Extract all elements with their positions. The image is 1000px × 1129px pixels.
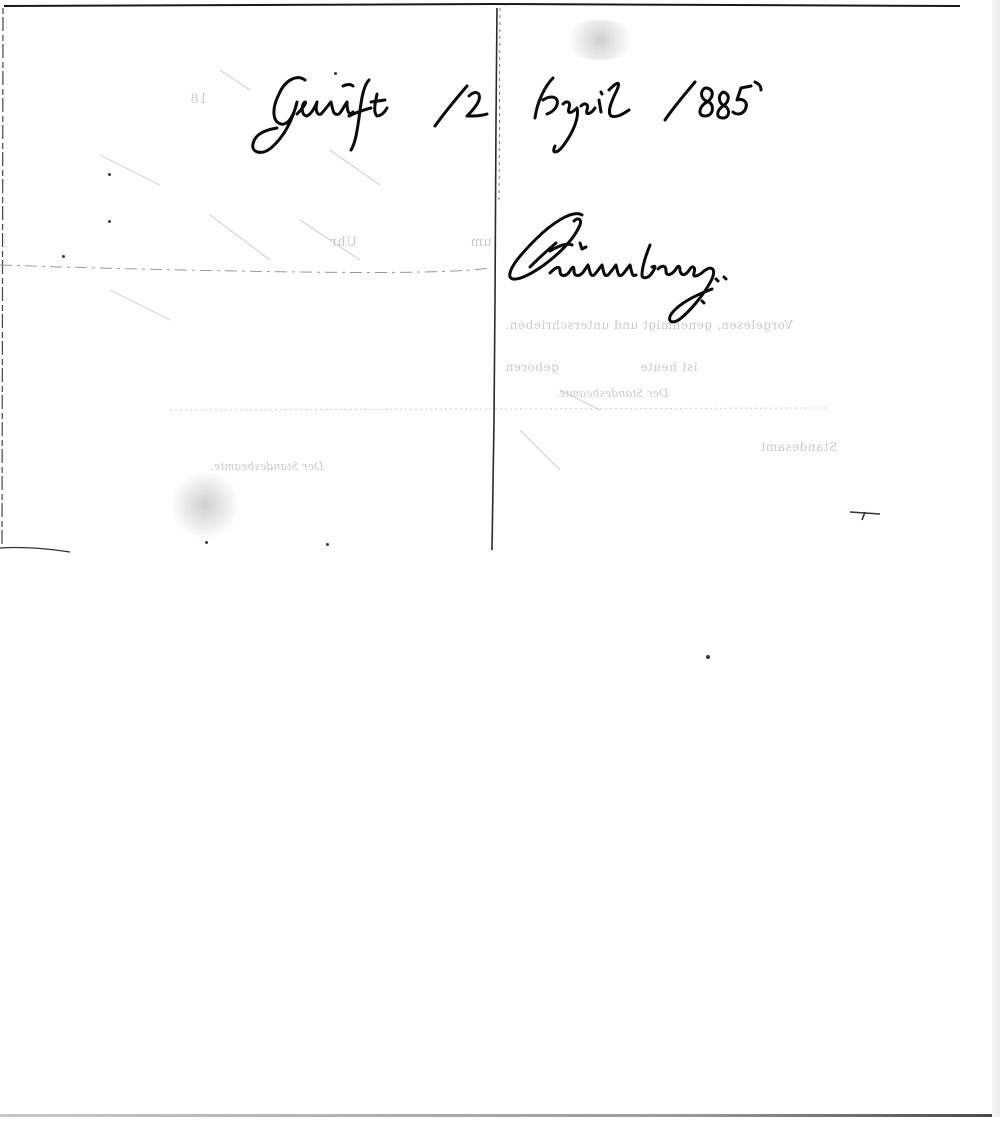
bleed-text: um: [470, 235, 492, 250]
bleed-text: Der Standesbeamte.: [210, 458, 324, 474]
handwriting-glyphs: [245, 72, 765, 182]
handwritten-annotation: Getauft 12 April 1885: [245, 72, 765, 182]
scanned-page: 18 Uhr um Der Standesbeamte. Vorgelesen,…: [0, 0, 1000, 1129]
signature-glyphs: [490, 195, 770, 330]
page-right-edge: [992, 0, 1000, 1118]
speck: [326, 543, 329, 546]
smudge: [560, 20, 640, 60]
speck: [108, 220, 111, 223]
bleed-text: ist heute: [640, 360, 698, 374]
speck: [62, 255, 65, 258]
smudge: [170, 470, 240, 540]
bleed-text: geboren: [505, 360, 559, 374]
bleed-text: Der Standesbeamte.: [555, 385, 669, 401]
bleed-text: Standesamt: [760, 440, 837, 454]
bleed-text: Uhr: [330, 235, 357, 250]
speck: [108, 173, 111, 176]
signature: Künnberg: [490, 195, 770, 330]
bleed-text: 18: [190, 92, 208, 107]
scan-margin: [0, 1117, 1000, 1129]
speck: [706, 655, 710, 659]
speck: [205, 541, 208, 544]
